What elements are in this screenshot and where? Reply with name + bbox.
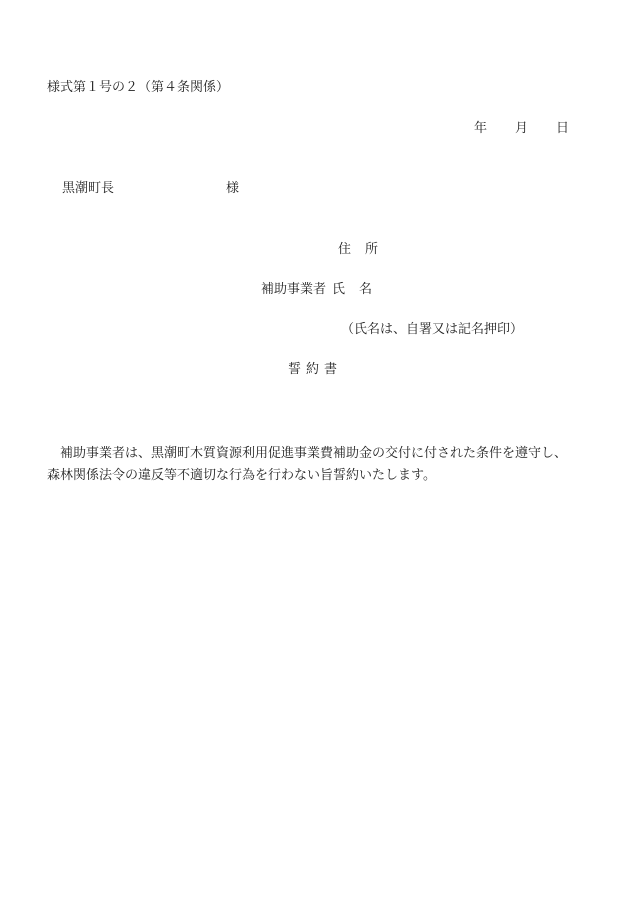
name-label: 氏名 — [332, 283, 372, 296]
date-line: 年月日 — [474, 122, 569, 135]
name-label-char-1: 氏 — [332, 282, 345, 297]
year-label: 年 — [474, 122, 487, 135]
recipient-honorific: 様 — [226, 182, 239, 195]
address-label: 住所 — [338, 243, 378, 256]
recipient-line: 黒潮町長様 — [62, 182, 239, 195]
recipient-name: 黒潮町長 — [62, 181, 114, 196]
applicant-role: 補助事業者 — [261, 282, 326, 297]
form-number: 様式第１号の２（第４条関係） — [47, 81, 229, 94]
name-label-char-2: 名 — [359, 282, 372, 297]
applicant-name-line: 補助事業者氏名 — [261, 283, 372, 296]
pledge-body-line-1: 補助事業者は、黒潮町木質資源利用促進事業費補助金の交付に付された条件を遵守し、 — [47, 443, 592, 465]
pledge-body: 補助事業者は、黒潮町木質資源利用促進事業費補助金の交付に付された条件を遵守し、 … — [47, 443, 592, 487]
address-label-char-2: 所 — [365, 242, 378, 257]
pledge-body-line-2: 森林関係法令の違反等不適切な行為を行わない旨誓約いたします。 — [47, 465, 592, 487]
month-label: 月 — [515, 122, 528, 135]
signature-note: （氏名は、自署又は記名押印） — [341, 323, 523, 336]
day-label: 日 — [556, 122, 569, 135]
document-title: 誓約書 — [288, 363, 342, 376]
address-label-char-1: 住 — [338, 242, 351, 257]
